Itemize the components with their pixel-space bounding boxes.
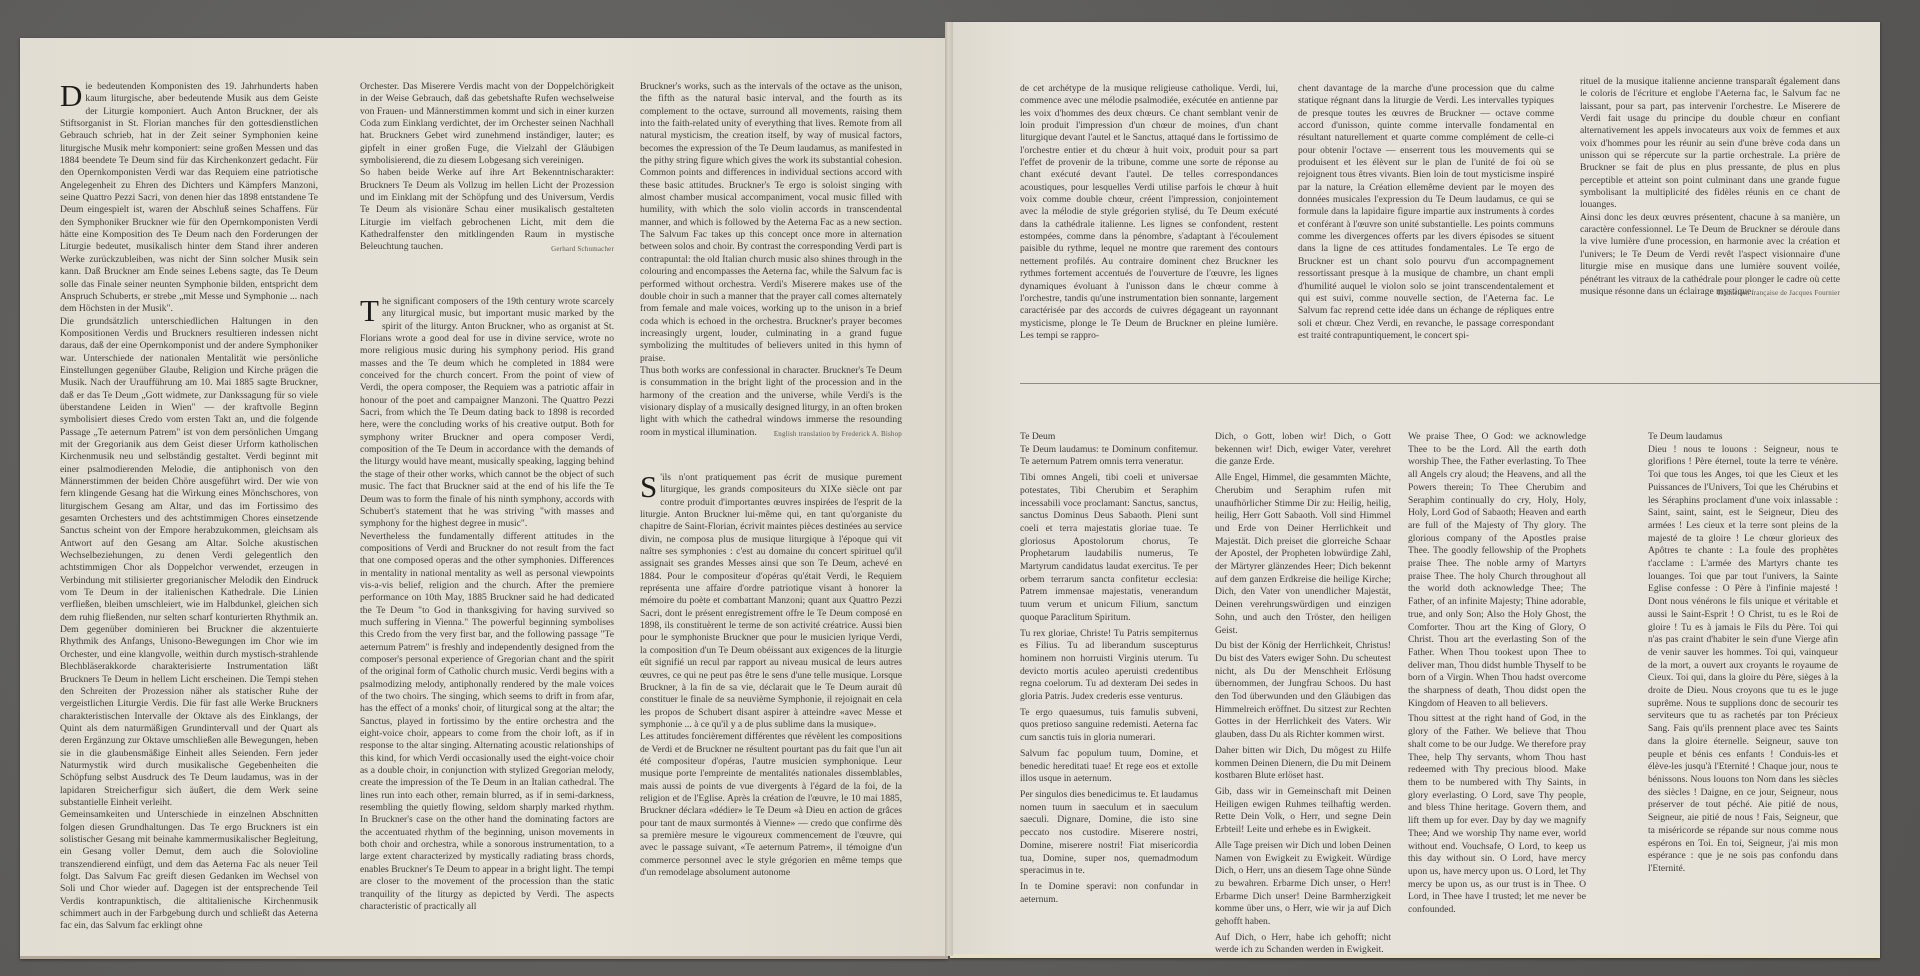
latin-text-title: Te Deum <box>1020 431 1198 444</box>
english-text-column: We praise Thee, O God: we acknowledge Th… <box>1408 431 1586 917</box>
gatefold-spine <box>945 22 953 956</box>
german-essay-column: Die bedeutenden Komponisten des 19. Jahr… <box>60 81 318 933</box>
german-para-3: Gemeinsamkeiten und Unterschiede in einz… <box>60 809 318 932</box>
english-para-1: The significant composers of the 19th ce… <box>360 296 614 531</box>
french-essay-cont-col-3: rituel de la musique italienne ancienne … <box>1580 76 1840 298</box>
french-para-1: S'ils n'ont pratiquement pas écrit de mu… <box>640 472 902 731</box>
english-para-2: Nevertheless the fundamentally different… <box>360 531 614 914</box>
french-text-column: Te Deum laudamus Dieu ! nous te louons :… <box>1648 431 1838 876</box>
french-essay-cont-col-2: chent davantage de la marche d'une proce… <box>1298 83 1554 342</box>
german-para-1: Die bedeutenden Komponisten des 19. Jahr… <box>60 81 318 316</box>
english-essay-continuation: Bruckner's works, such as the intervals … <box>640 81 902 439</box>
dropcap-d: D <box>60 83 82 109</box>
english-essay-column: The significant composers of the 19th ce… <box>360 296 614 913</box>
french-para-2: Les attitudes foncièrement différentes q… <box>640 731 902 879</box>
german-text-column: Dich, o Gott, loben wir! Dich, o Gott be… <box>1215 431 1391 957</box>
french-essay-cont-col-1: de cet archétype de la musique religieus… <box>1020 83 1278 342</box>
french-essay-column: S'ils n'ont pratiquement pas écrit de mu… <box>640 472 902 879</box>
latin-text-column: Te Deum Te Deum laudamus: te Dominum con… <box>1020 431 1198 906</box>
dropcap-s: S <box>640 474 657 500</box>
german-para-2: Die grundsätzlich unterschiedlichen Halt… <box>60 316 318 810</box>
section-divider-rule <box>1020 383 1880 384</box>
dropcap-t: T <box>360 298 379 324</box>
french-text-title: Te Deum laudamus <box>1648 431 1838 444</box>
german-essay-continuation: Orchester. Das Miserere Verdis macht von… <box>360 81 614 254</box>
